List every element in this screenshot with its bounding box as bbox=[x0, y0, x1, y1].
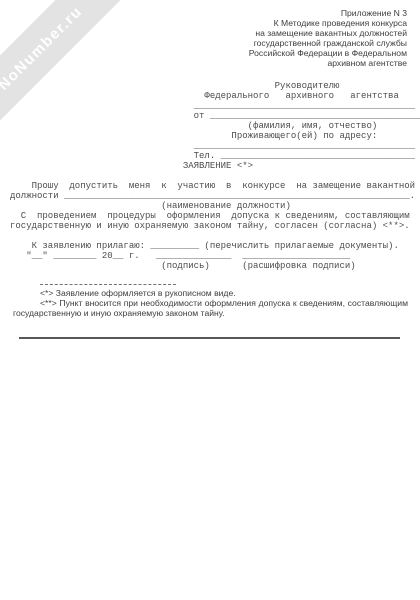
addressee-block: Руководителю Федерального архивного аген… bbox=[10, 81, 420, 161]
document-page: NoNumber.ru Приложение N 3 К Методике пр… bbox=[0, 0, 420, 600]
footnote-2-line-1: <**> Пункт вносится при необходимости оф… bbox=[13, 298, 408, 308]
bottom-horizontal-rule bbox=[19, 337, 400, 339]
appendix-header: Приложение N 3 К Методике проведения кон… bbox=[249, 8, 407, 68]
footnote-2-line-2: государственную и иную охраняемую законо… bbox=[13, 308, 408, 318]
footnote-1: <*> Заявление оформляется в рукописном в… bbox=[13, 288, 408, 298]
footnote-separator bbox=[40, 284, 176, 285]
statement-body: Прошу допустить меня к участию в конкурс… bbox=[10, 181, 415, 271]
statement-title: ЗАЯВЛЕНИЕ <*> bbox=[10, 161, 253, 171]
watermark-text: NoNumber.ru bbox=[0, 3, 85, 94]
footnotes-block: <*> Заявление оформляется в рукописном в… bbox=[13, 284, 408, 318]
